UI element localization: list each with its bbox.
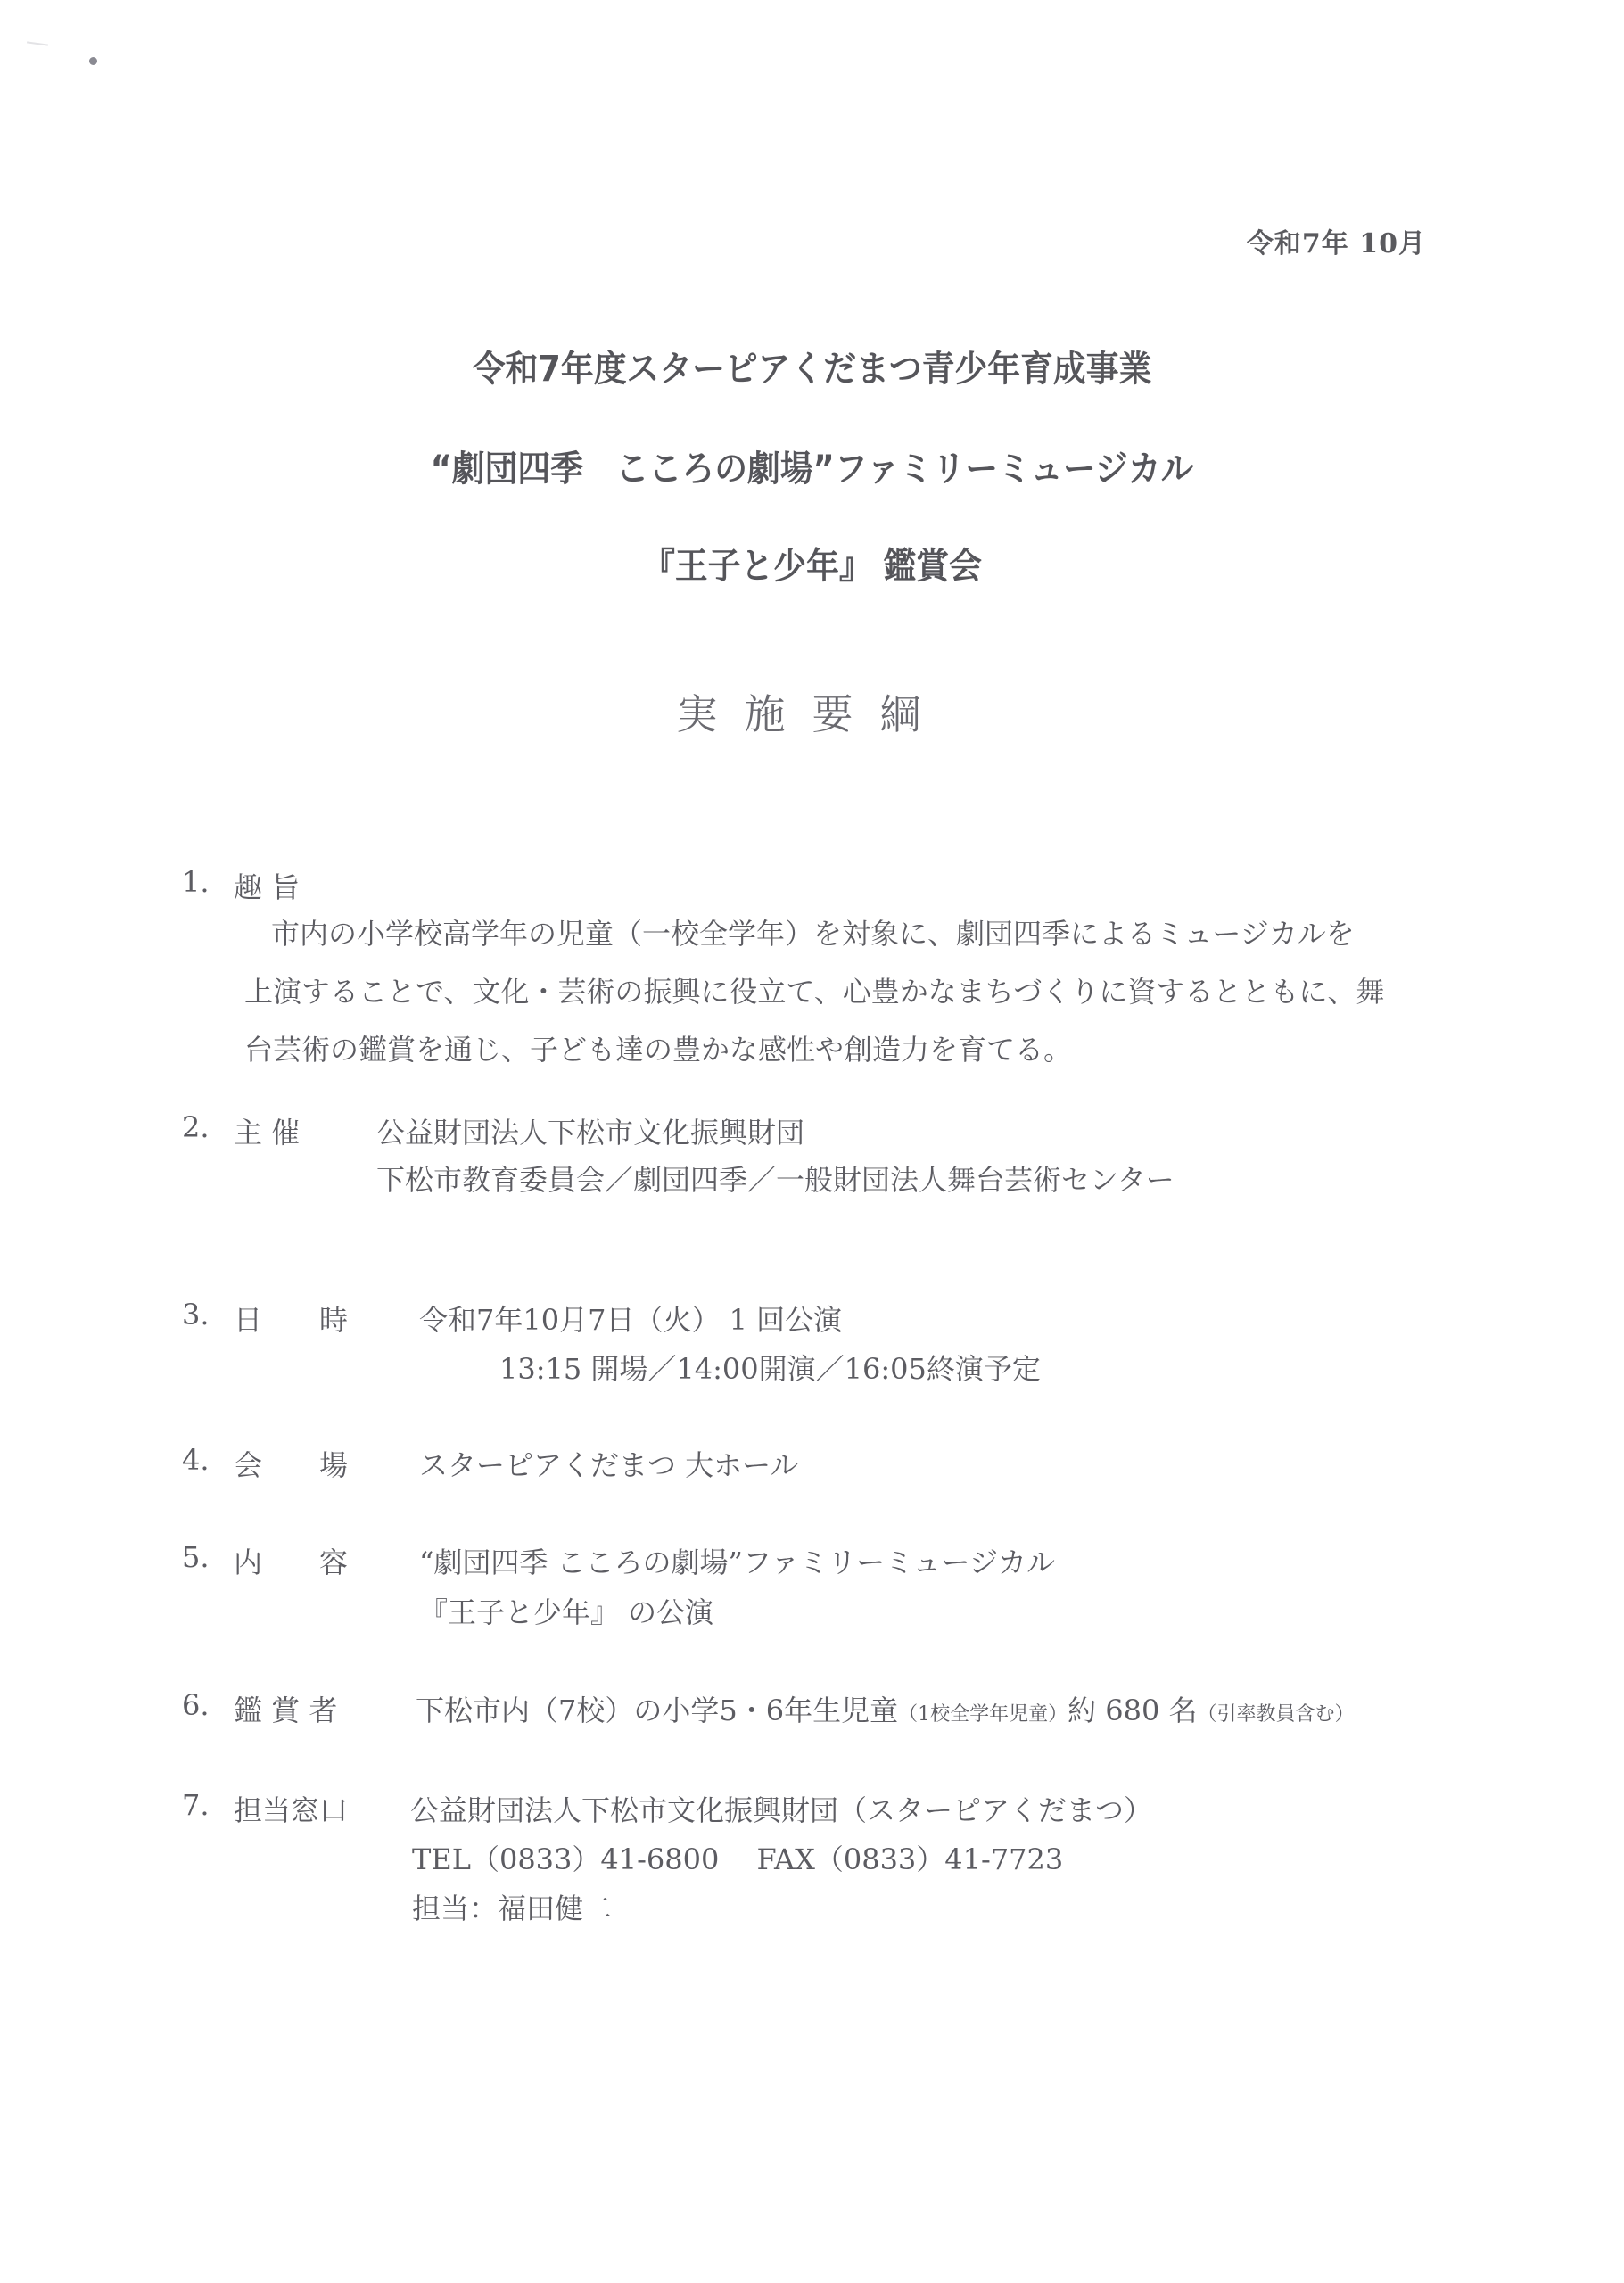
section-number: 1. [182, 865, 210, 899]
contact-phone-fax: TEL（0833）41-6800 FAX（0833）41-7723 [412, 1837, 1063, 1878]
audience-main: 下松市内（7校）の小学5・6年生児童 [416, 1694, 898, 1727]
section-number: 3. [182, 1298, 210, 1331]
section-label: 日 時 [234, 1298, 348, 1339]
section-text-line: 市内の小学校高学年の児童（一校全学年）を対象に、劇団四季によるミュージカルを [271, 911, 1355, 952]
section-number: 6. [182, 1688, 210, 1722]
contact-organization: 公益財団法人下松市文化振興財団（スターピアくだまつ） [410, 1788, 1152, 1829]
section-label: 趣 旨 [234, 865, 300, 906]
contact-person: 担当：福田健二 [412, 1886, 612, 1927]
section-text-line: 公益財団法人下松市文化振興財団 [376, 1110, 804, 1151]
section-text-line: 上演することで、文化・芸術の振興に役立て、心豊かなまちづくりに資するとともに、舞 [244, 969, 1384, 1010]
document-date: 令和7年 10月 [1247, 221, 1426, 260]
section-text-line: スターピアくだまつ 大ホール [419, 1443, 799, 1484]
section-text-line: 13:15 開場／14:00開演／16:05終演予定 [499, 1347, 1041, 1388]
section-text-line: “劇団四季 こころの劇場”ファミリーミュージカル [419, 1540, 1055, 1581]
section-label: 担当窓口 [234, 1788, 348, 1829]
section-label: 主 催 [234, 1110, 300, 1151]
document-title-line-2: “劇団四季 こころの劇場”ファミリーミュージカル [65, 441, 1559, 491]
document-heading: 実施要綱 [0, 682, 1624, 741]
section-number: 2. [182, 1110, 210, 1144]
scan-dot [89, 57, 97, 65]
audience-note: （引率教員含む） [1198, 1703, 1355, 1726]
document-title-line-3: 『王子と少年』 鑑賞会 [65, 538, 1559, 589]
audience-note: （1校全学年児童） [898, 1703, 1068, 1726]
section-label: 内 容 [234, 1540, 348, 1581]
section-text-line: 台芸術の鑑賞を通じ、子ども達の豊かな感性や創造力を育てる。 [244, 1027, 1072, 1068]
document-title-line-1: 令和7年度スターピアくだまつ青少年育成事業 [65, 341, 1559, 391]
audience-line: 下松市内（7校）の小学5・6年生児童（1校全学年児童）約 680 名（引率教員含… [416, 1688, 1355, 1729]
section-label: 会 場 [234, 1443, 348, 1484]
section-number: 5. [182, 1540, 210, 1574]
scan-speck [27, 41, 48, 45]
section-text-line: 令和7年10月7日（火） 1 回公演 [419, 1298, 842, 1339]
audience-count: 約 680 名 [1068, 1694, 1197, 1727]
section-number: 7. [182, 1788, 210, 1822]
section-label: 鑑 賞 者 [234, 1688, 337, 1729]
section-text-line: 『王子と少年』 の公演 [419, 1590, 713, 1631]
section-text-line: 下松市教育委員会／劇団四季／一般財団法人舞台芸術センター [376, 1158, 1175, 1199]
section-number: 4. [182, 1443, 210, 1477]
